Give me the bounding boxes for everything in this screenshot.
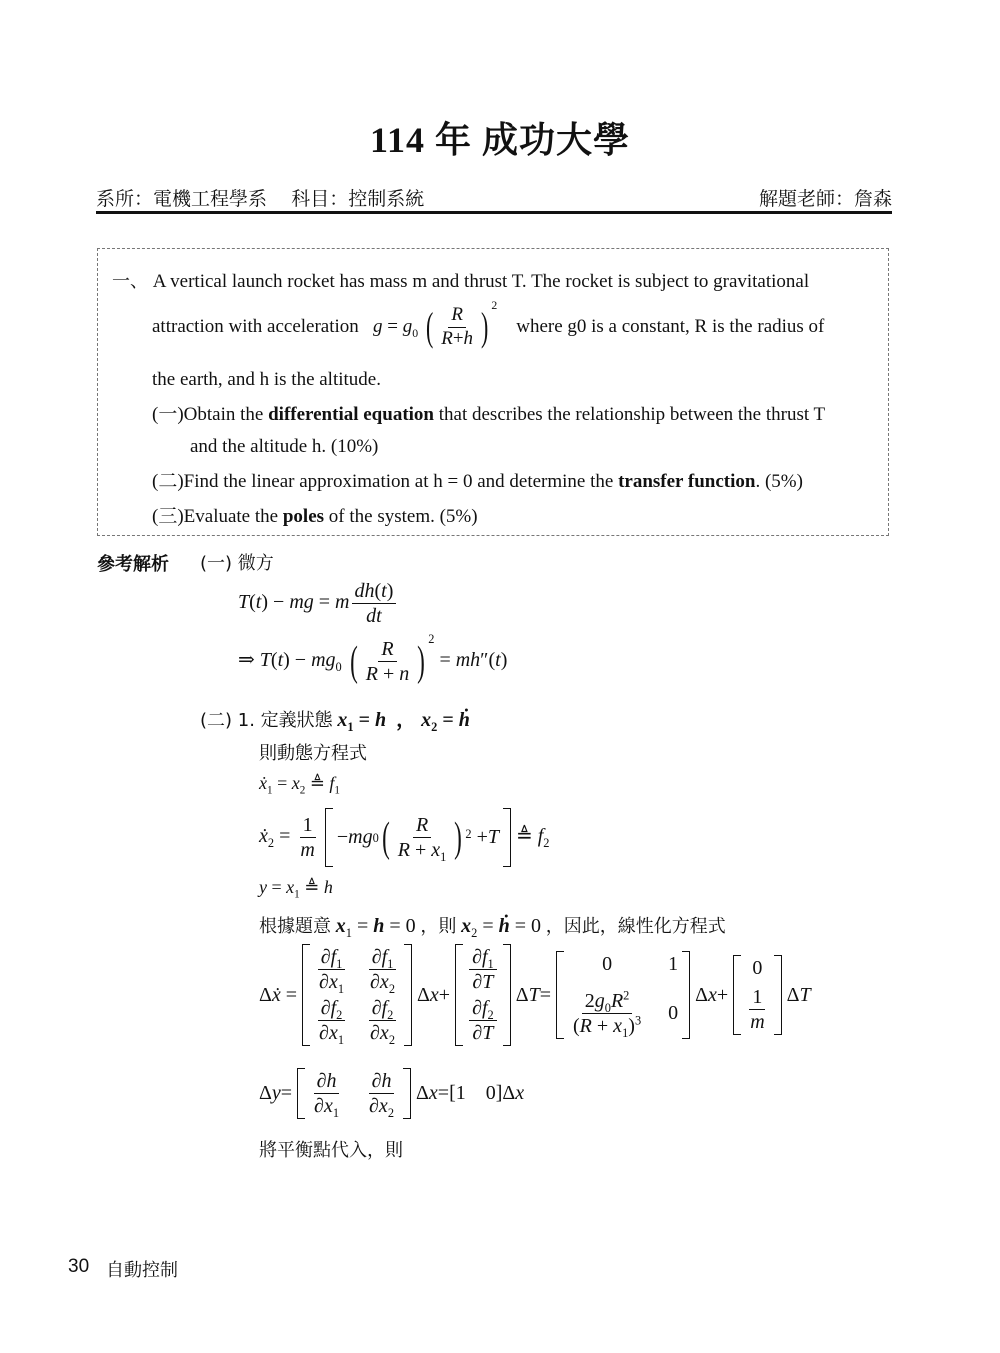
question-number: 一、 (112, 271, 148, 292)
equation-x1dot: ẋ1 = x2 ≜ f1 (259, 773, 340, 794)
teacher: 解題老師：詹森 (759, 184, 892, 211)
question-box: 一、 A vertical launch rocket has mass m a… (97, 248, 889, 536)
part1-heading: (一) 微方 (200, 549, 274, 575)
equation-x2dot: ẋ2 = 1m −mg0 (RR + x1)2 +T ≜ f2 (259, 808, 550, 867)
dynamic-equation-label: 則動態方程式 (259, 739, 367, 765)
header-divider (96, 211, 892, 214)
book-title: 自動控制 (106, 1256, 178, 1282)
linearization-text: 根據題意 x1 = h = 0 ，則 x2 = ḣ = 0 ，因此，線性化方程式 (259, 912, 726, 938)
question-part-2: (二)Find the linear approximation at h = … (152, 466, 803, 493)
equation-rocket-ode: ⇒ T(t) − mg0 (RR + n)2 = mh″(t) (238, 638, 507, 685)
equation-jacobian: Δẋ = ∂f1∂x1 ∂f1∂x2 ∂f2∂x1 ∂f2∂x2 Δx + ∂f… (259, 944, 811, 1046)
gravity-formula: g = g0 (RR+h)2 (373, 316, 502, 337)
header-left: 系所：電機工程學系 科目：控制系統 (96, 184, 424, 211)
page-number: 30 (68, 1256, 89, 1278)
page-title: 114 年 成功大學 (0, 112, 1000, 163)
question-part-1-cont: and the altitude h. (10%) (190, 436, 378, 458)
substitution-text: 將平衡點代入，則 (259, 1136, 403, 1162)
question-stem-line1: 一、 A vertical launch rocket has mass m a… (112, 267, 809, 293)
question-stem-line3: the earth, and h is the altitude. (152, 369, 381, 391)
answer-label: 參考解析 (97, 550, 169, 576)
part2-state-definition: (二) 1. 定義狀態 x1 = h ， x2 = ḣ (200, 703, 470, 732)
question-stem-line2: attraction with acceleration g = g0 (RR+… (152, 305, 824, 350)
question-part-3: (三)Evaluate the poles of the system. (5%… (152, 501, 478, 528)
subject: 科目：控制系統 (291, 188, 424, 210)
equation-output: y = x1 ≜ h (259, 877, 333, 898)
equation-output-linearized: Δy = ∂h∂x1 ∂h∂x2 Δx = [1 0]Δx (259, 1068, 524, 1119)
equation-newton: T(t) − mg = mdh(t)dt (238, 580, 398, 627)
question-part-1: (一)Obtain the differential equation that… (152, 399, 825, 426)
department: 系所：電機工程學系 (96, 188, 267, 210)
